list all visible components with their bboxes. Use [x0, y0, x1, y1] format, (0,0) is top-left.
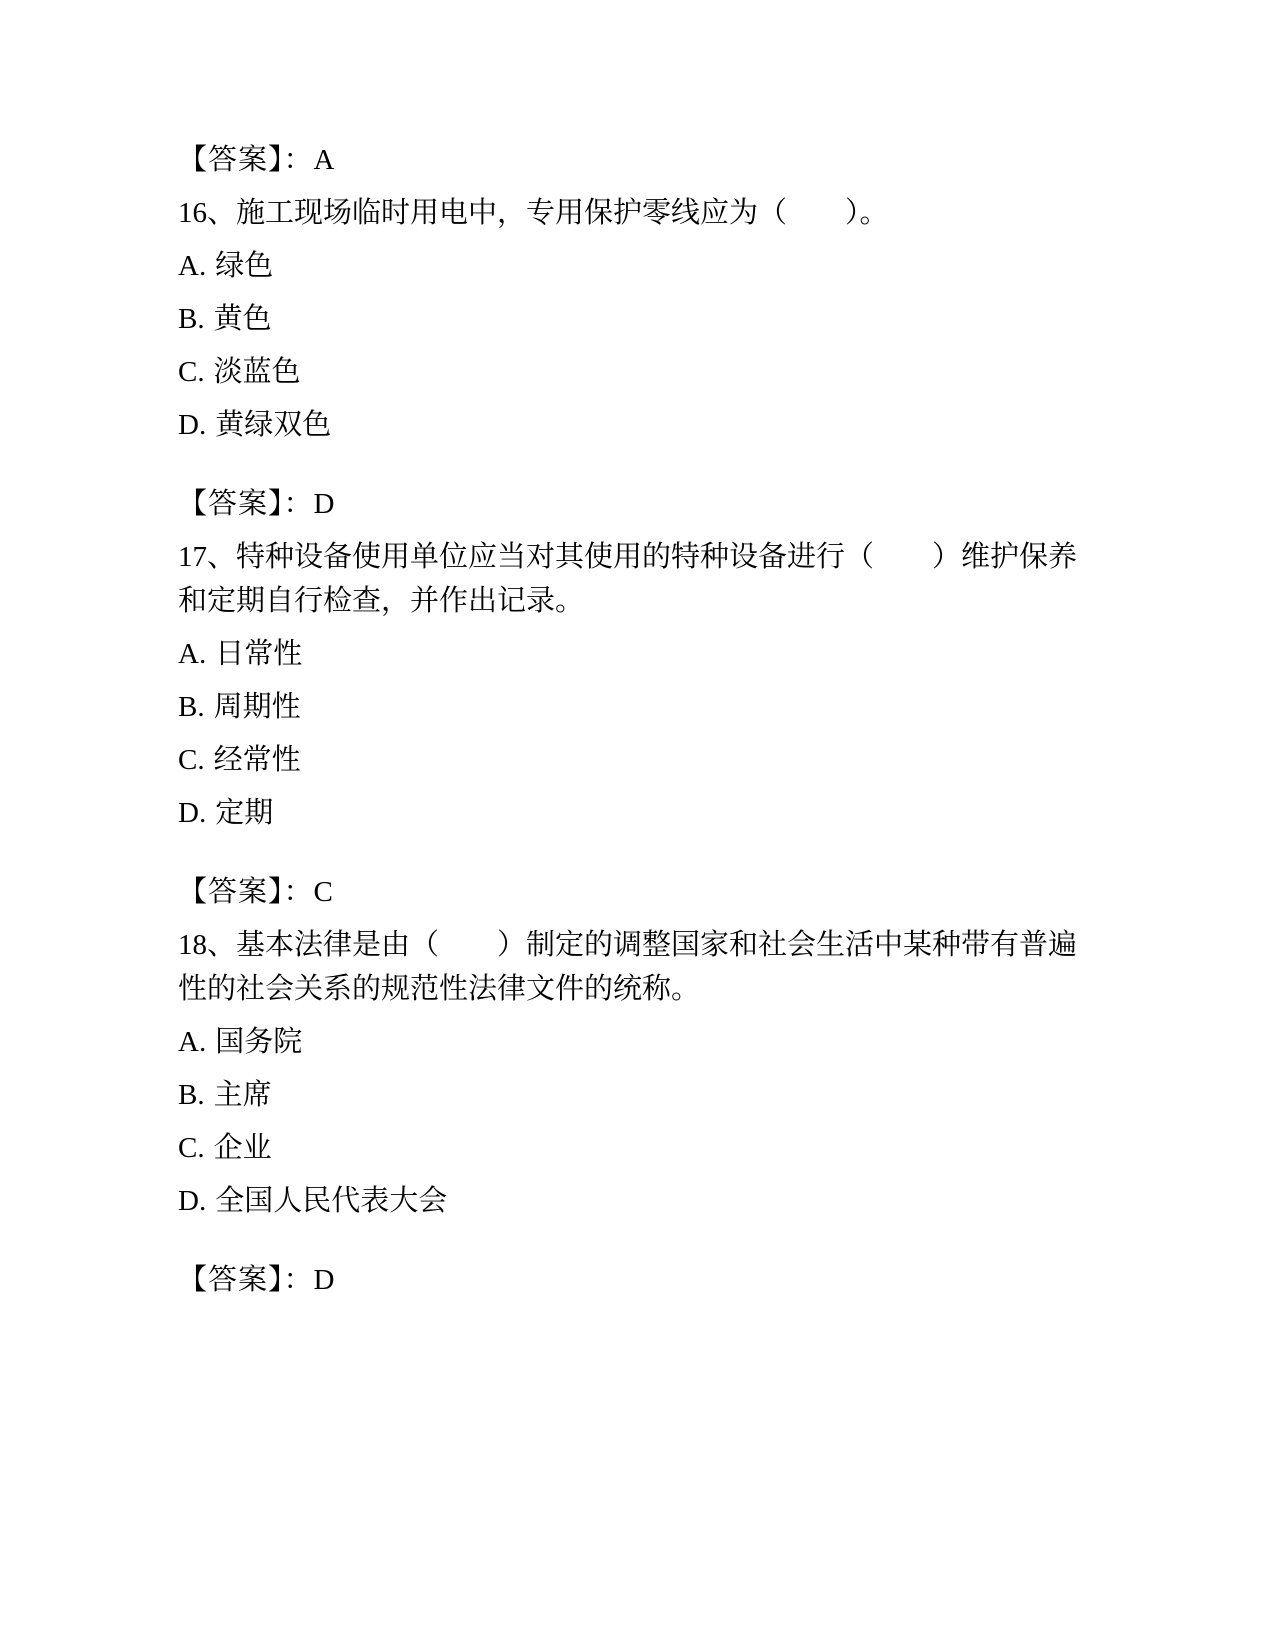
question-18-number: 18、: [178, 929, 236, 961]
answer-value: A: [314, 144, 335, 176]
question-18-option-a: A.国务院: [178, 1020, 1083, 1064]
answer-line-q18: 【答案】：D: [178, 1258, 1083, 1302]
answer-label: 【答案】：: [178, 488, 314, 520]
option-text: 主席: [214, 1079, 272, 1111]
question-17-option-d: D.定期: [178, 791, 1083, 835]
answer-label: 【答案】：: [178, 144, 314, 176]
option-key: A.: [178, 250, 206, 282]
option-text: 黄色: [214, 303, 272, 335]
question-18-option-b: B.主席: [178, 1073, 1083, 1117]
answer-value: C: [314, 876, 333, 908]
option-text: 黄绿双色: [215, 409, 331, 441]
question-16-stem: 16、施工现场临时用电中，专用保护零线应为（ ）。: [178, 191, 1083, 235]
question-17-stem: 17、特种设备使用单位应当对其使用的特种设备进行（ ）维护保养和定期自行检查，并…: [178, 535, 1083, 623]
document-page: 【答案】：A 16、施工现场临时用电中，专用保护零线应为（ ）。 A.绿色 B.…: [0, 0, 1275, 1650]
question-16-number: 16、: [178, 197, 236, 229]
option-key: A.: [178, 1026, 206, 1058]
option-text: 日常性: [215, 638, 302, 670]
option-key: D.: [178, 797, 206, 829]
question-17-option-b: B.周期性: [178, 685, 1083, 729]
option-text: 全国人民代表大会: [215, 1185, 447, 1217]
option-text: 企业: [214, 1132, 272, 1164]
question-16-text: 施工现场临时用电中，专用保护零线应为（ ）。: [236, 197, 889, 229]
option-text: 定期: [215, 797, 273, 829]
option-text: 经常性: [214, 744, 301, 776]
answer-line-prev: 【答案】：A: [178, 138, 1083, 182]
question-17-option-a: A.日常性: [178, 632, 1083, 676]
question-16-option-d: D.黄绿双色: [178, 403, 1083, 447]
question-16-option-c: C.淡蓝色: [178, 350, 1083, 394]
question-18-stem: 18、基本法律是由（ ）制定的调整国家和社会生活中某种带有普遍性的社会关系的规范…: [178, 923, 1083, 1011]
question-17-text: 特种设备使用单位应当对其使用的特种设备进行（ ）维护保养和定期自行检查，并作出记…: [178, 541, 1077, 617]
option-key: D.: [178, 1185, 206, 1217]
option-key: D.: [178, 409, 206, 441]
option-text: 国务院: [215, 1026, 302, 1058]
answer-value: D: [314, 1264, 335, 1296]
question-18-option-d: D.全国人民代表大会: [178, 1179, 1083, 1223]
option-key: C.: [178, 1132, 205, 1164]
option-key: C.: [178, 744, 205, 776]
question-18-text: 基本法律是由（ ）制定的调整国家和社会生活中某种带有普遍性的社会关系的规范性法律…: [178, 929, 1077, 1005]
option-key: B.: [178, 691, 205, 723]
document-content: 【答案】：A 16、施工现场临时用电中，专用保护零线应为（ ）。 A.绿色 B.…: [178, 138, 1083, 1311]
question-18-option-c: C.企业: [178, 1126, 1083, 1170]
option-text: 绿色: [215, 250, 273, 282]
answer-line-q16: 【答案】：D: [178, 482, 1083, 526]
question-17-option-c: C.经常性: [178, 738, 1083, 782]
option-key: B.: [178, 1079, 205, 1111]
option-key: B.: [178, 303, 205, 335]
option-text: 周期性: [214, 691, 301, 723]
answer-label: 【答案】：: [178, 1264, 314, 1296]
question-16-option-b: B.黄色: [178, 297, 1083, 341]
option-key: C.: [178, 356, 205, 388]
question-16-option-a: A.绿色: [178, 244, 1083, 288]
answer-label: 【答案】：: [178, 876, 314, 908]
answer-line-q17: 【答案】：C: [178, 870, 1083, 914]
option-text: 淡蓝色: [214, 356, 301, 388]
question-17-number: 17、: [178, 541, 236, 573]
answer-value: D: [314, 488, 335, 520]
option-key: A.: [178, 638, 206, 670]
